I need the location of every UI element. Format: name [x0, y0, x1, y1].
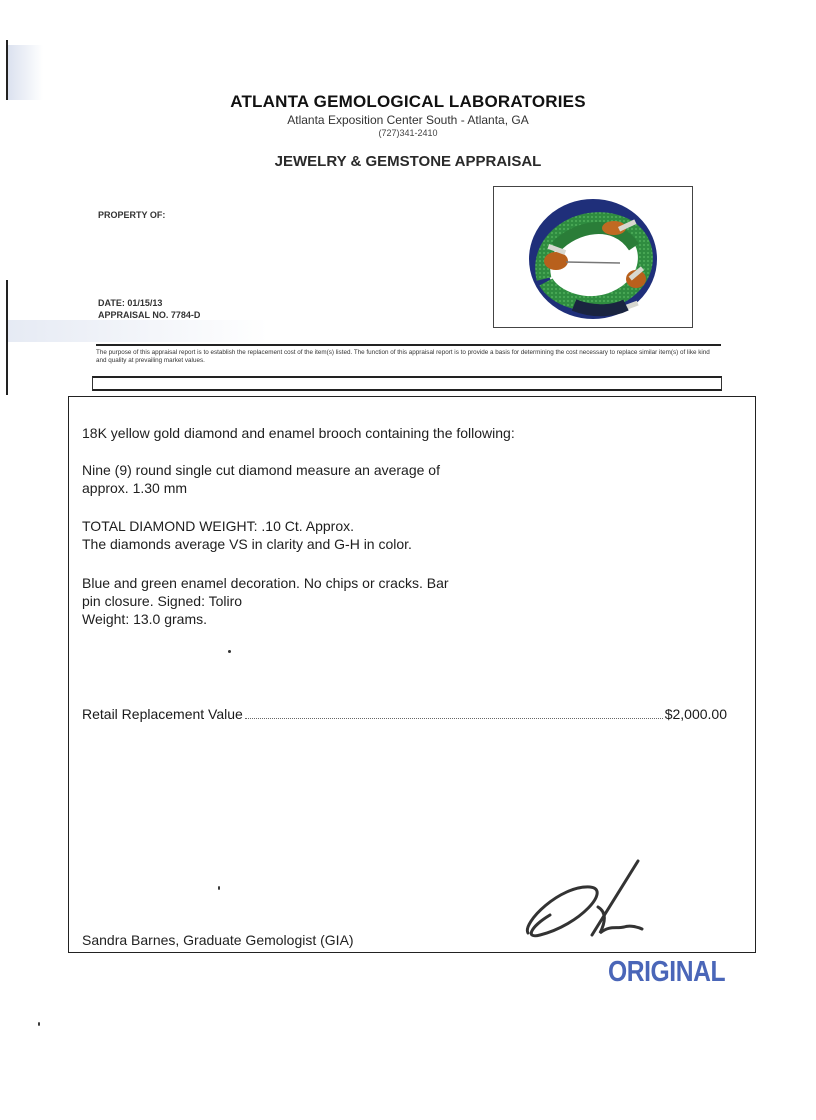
notes-line: Blue and green enamel decoration. No chi…	[82, 574, 449, 592]
total-diamond-weight: TOTAL DIAMOND WEIGHT: .10 Ct. Approx.	[82, 517, 412, 535]
property-of-field: PROPERTY OF:	[98, 210, 165, 220]
date-label: DATE:	[98, 298, 125, 308]
disclaimer-text: The purpose of this appraisal report is …	[96, 349, 721, 365]
lab-address: Atlanta Exposition Center South - Atlant…	[0, 113, 816, 127]
diamond-weight-section: TOTAL DIAMOND WEIGHT: .10 Ct. Approx. Th…	[82, 517, 412, 553]
diamond-description-line: approx. 1.30 mm	[82, 479, 440, 497]
retail-replacement-value-row: Retail Replacement Value $2,000.00	[82, 706, 727, 722]
signer-name: Sandra Barnes, Graduate Gemologist (GIA)	[82, 932, 354, 948]
header-divider	[96, 344, 721, 346]
appraisal-number-field: APPRAISAL NO. 7784-D	[98, 310, 200, 320]
scan-shadow-artifact	[8, 320, 268, 342]
value-amount: $2,000.00	[665, 706, 727, 722]
diamond-description: Nine (9) round single cut diamond measur…	[82, 461, 440, 497]
property-of-label: PROPERTY OF:	[98, 210, 165, 220]
date-value: 01/15/13	[127, 298, 162, 308]
notes-line: pin closure. Signed: Toliro	[82, 592, 449, 610]
dot-leader	[245, 718, 663, 719]
scan-speck	[38, 1022, 40, 1026]
item-notes: Blue and green enamel decoration. No chi…	[82, 574, 449, 628]
value-label: Retail Replacement Value	[82, 706, 243, 722]
item-weight: Weight: 13.0 grams.	[82, 610, 449, 628]
scan-speck	[218, 886, 220, 890]
original-stamp: ORIGINAL	[608, 956, 725, 989]
diamond-grade: The diamonds average VS in clarity and G…	[82, 535, 412, 553]
appraisal-number-label: APPRAISAL NO.	[98, 310, 168, 320]
diamond-description-line: Nine (9) round single cut diamond measur…	[82, 461, 440, 479]
ruled-bar	[92, 376, 722, 391]
item-summary: 18K yellow gold diamond and enamel brooc…	[82, 424, 515, 442]
lab-phone: (727)341-2410	[0, 128, 816, 138]
date-field: DATE: 01/15/13	[98, 298, 162, 308]
signature-mark	[520, 855, 650, 945]
item-photo	[493, 186, 693, 328]
scan-speck	[228, 650, 231, 653]
brooch-image	[494, 187, 692, 327]
lab-name: ATLANTA GEMOLOGICAL LABORATORIES	[0, 92, 816, 112]
document-title: JEWELRY & GEMSTONE APPRAISAL	[0, 153, 816, 170]
appraisal-number-value: 7784-D	[171, 310, 201, 320]
